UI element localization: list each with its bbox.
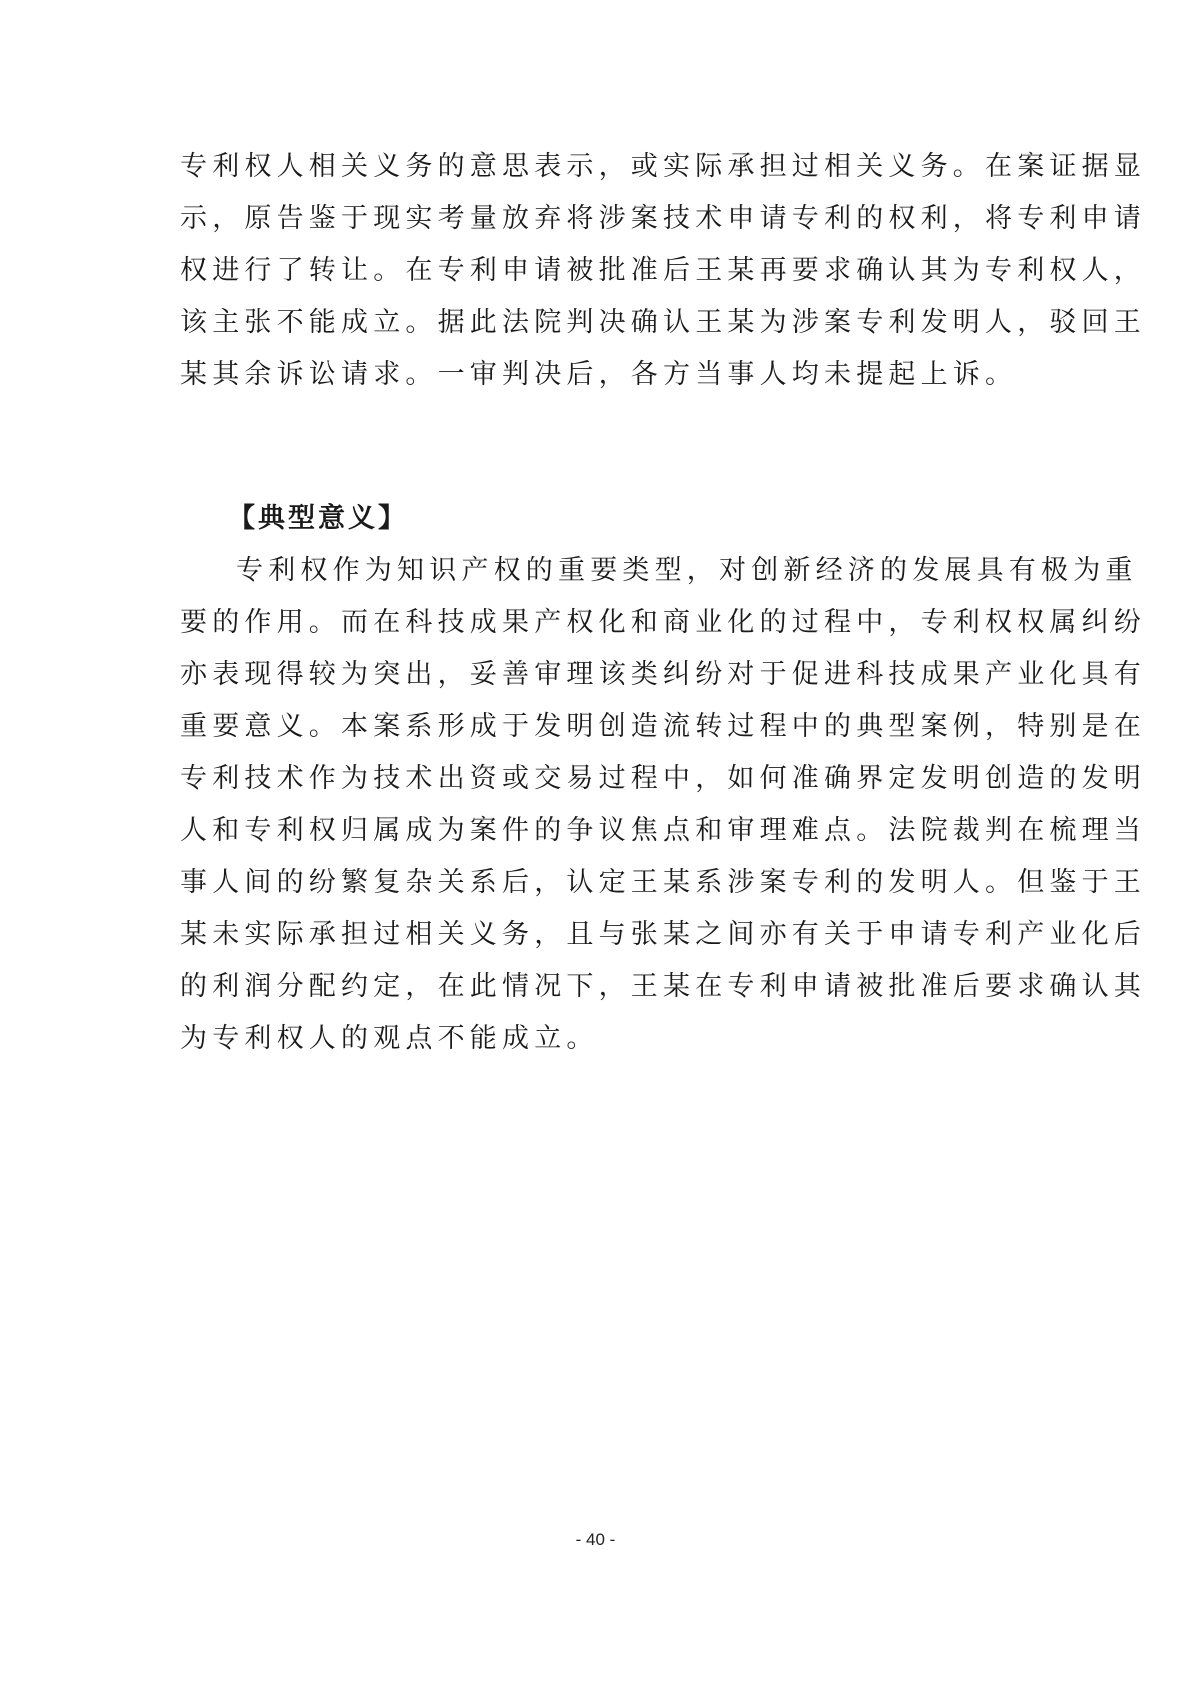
- text-line: 专利权人相关义务的意思表示，或实际承担过相关义务。在案证据显: [180, 150, 1020, 184]
- text-line: 专利技术作为技术出资或交易过程中，如何准确界定发明创造的发明: [180, 762, 1020, 796]
- document-page: 专利权人相关义务的意思表示，或实际承担过相关义务。在案证据显 示，原告鉴于现实考…: [0, 0, 1191, 1684]
- text-line: 的利润分配约定，在此情况下，王某在专利申请被批准后要求确认其: [180, 970, 1020, 1004]
- text-line: 人和专利权归属成为案件的争议焦点和审理难点。法院裁判在梳理当: [180, 814, 1020, 848]
- text-line: 该主张不能成立。据此法院判决确认王某为涉案专利发明人，驳回王: [180, 306, 1020, 340]
- section-heading: 【典型意义】: [228, 502, 408, 536]
- text-line: 亦表现得较为突出，妥善审理该类纠纷对于促进科技成果产业化具有: [180, 658, 1020, 692]
- text-line: 重要意义。本案系形成于发明创造流转过程中的典型案例，特别是在: [180, 710, 1020, 744]
- text-line: 某其余诉讼请求。一审判决后，各方当事人均未提起上诉。: [180, 358, 1020, 392]
- text-line: 示，原告鉴于现实考量放弃将涉案技术申请专利的权利，将专利申请: [180, 202, 1020, 236]
- text-line: 某未实际承担过相关义务，且与张某之间亦有关于申请专利产业化后: [180, 918, 1020, 952]
- text-line: 为专利权人的观点不能成立。: [180, 1022, 1020, 1056]
- text-line: 专利权作为知识产权的重要类型，对创新经济的发展具有极为重: [236, 554, 1020, 588]
- page-number: - 40 -: [0, 1530, 1191, 1550]
- text-line: 事人间的纷繁复杂关系后，认定王某系涉案专利的发明人。但鉴于王: [180, 866, 1020, 900]
- text-line: 权进行了转让。在专利申请被批准后王某再要求确认其为专利权人，: [180, 254, 1020, 288]
- text-line: 要的作用。而在科技成果产权化和商业化的过程中，专利权权属纠纷: [180, 606, 1020, 640]
